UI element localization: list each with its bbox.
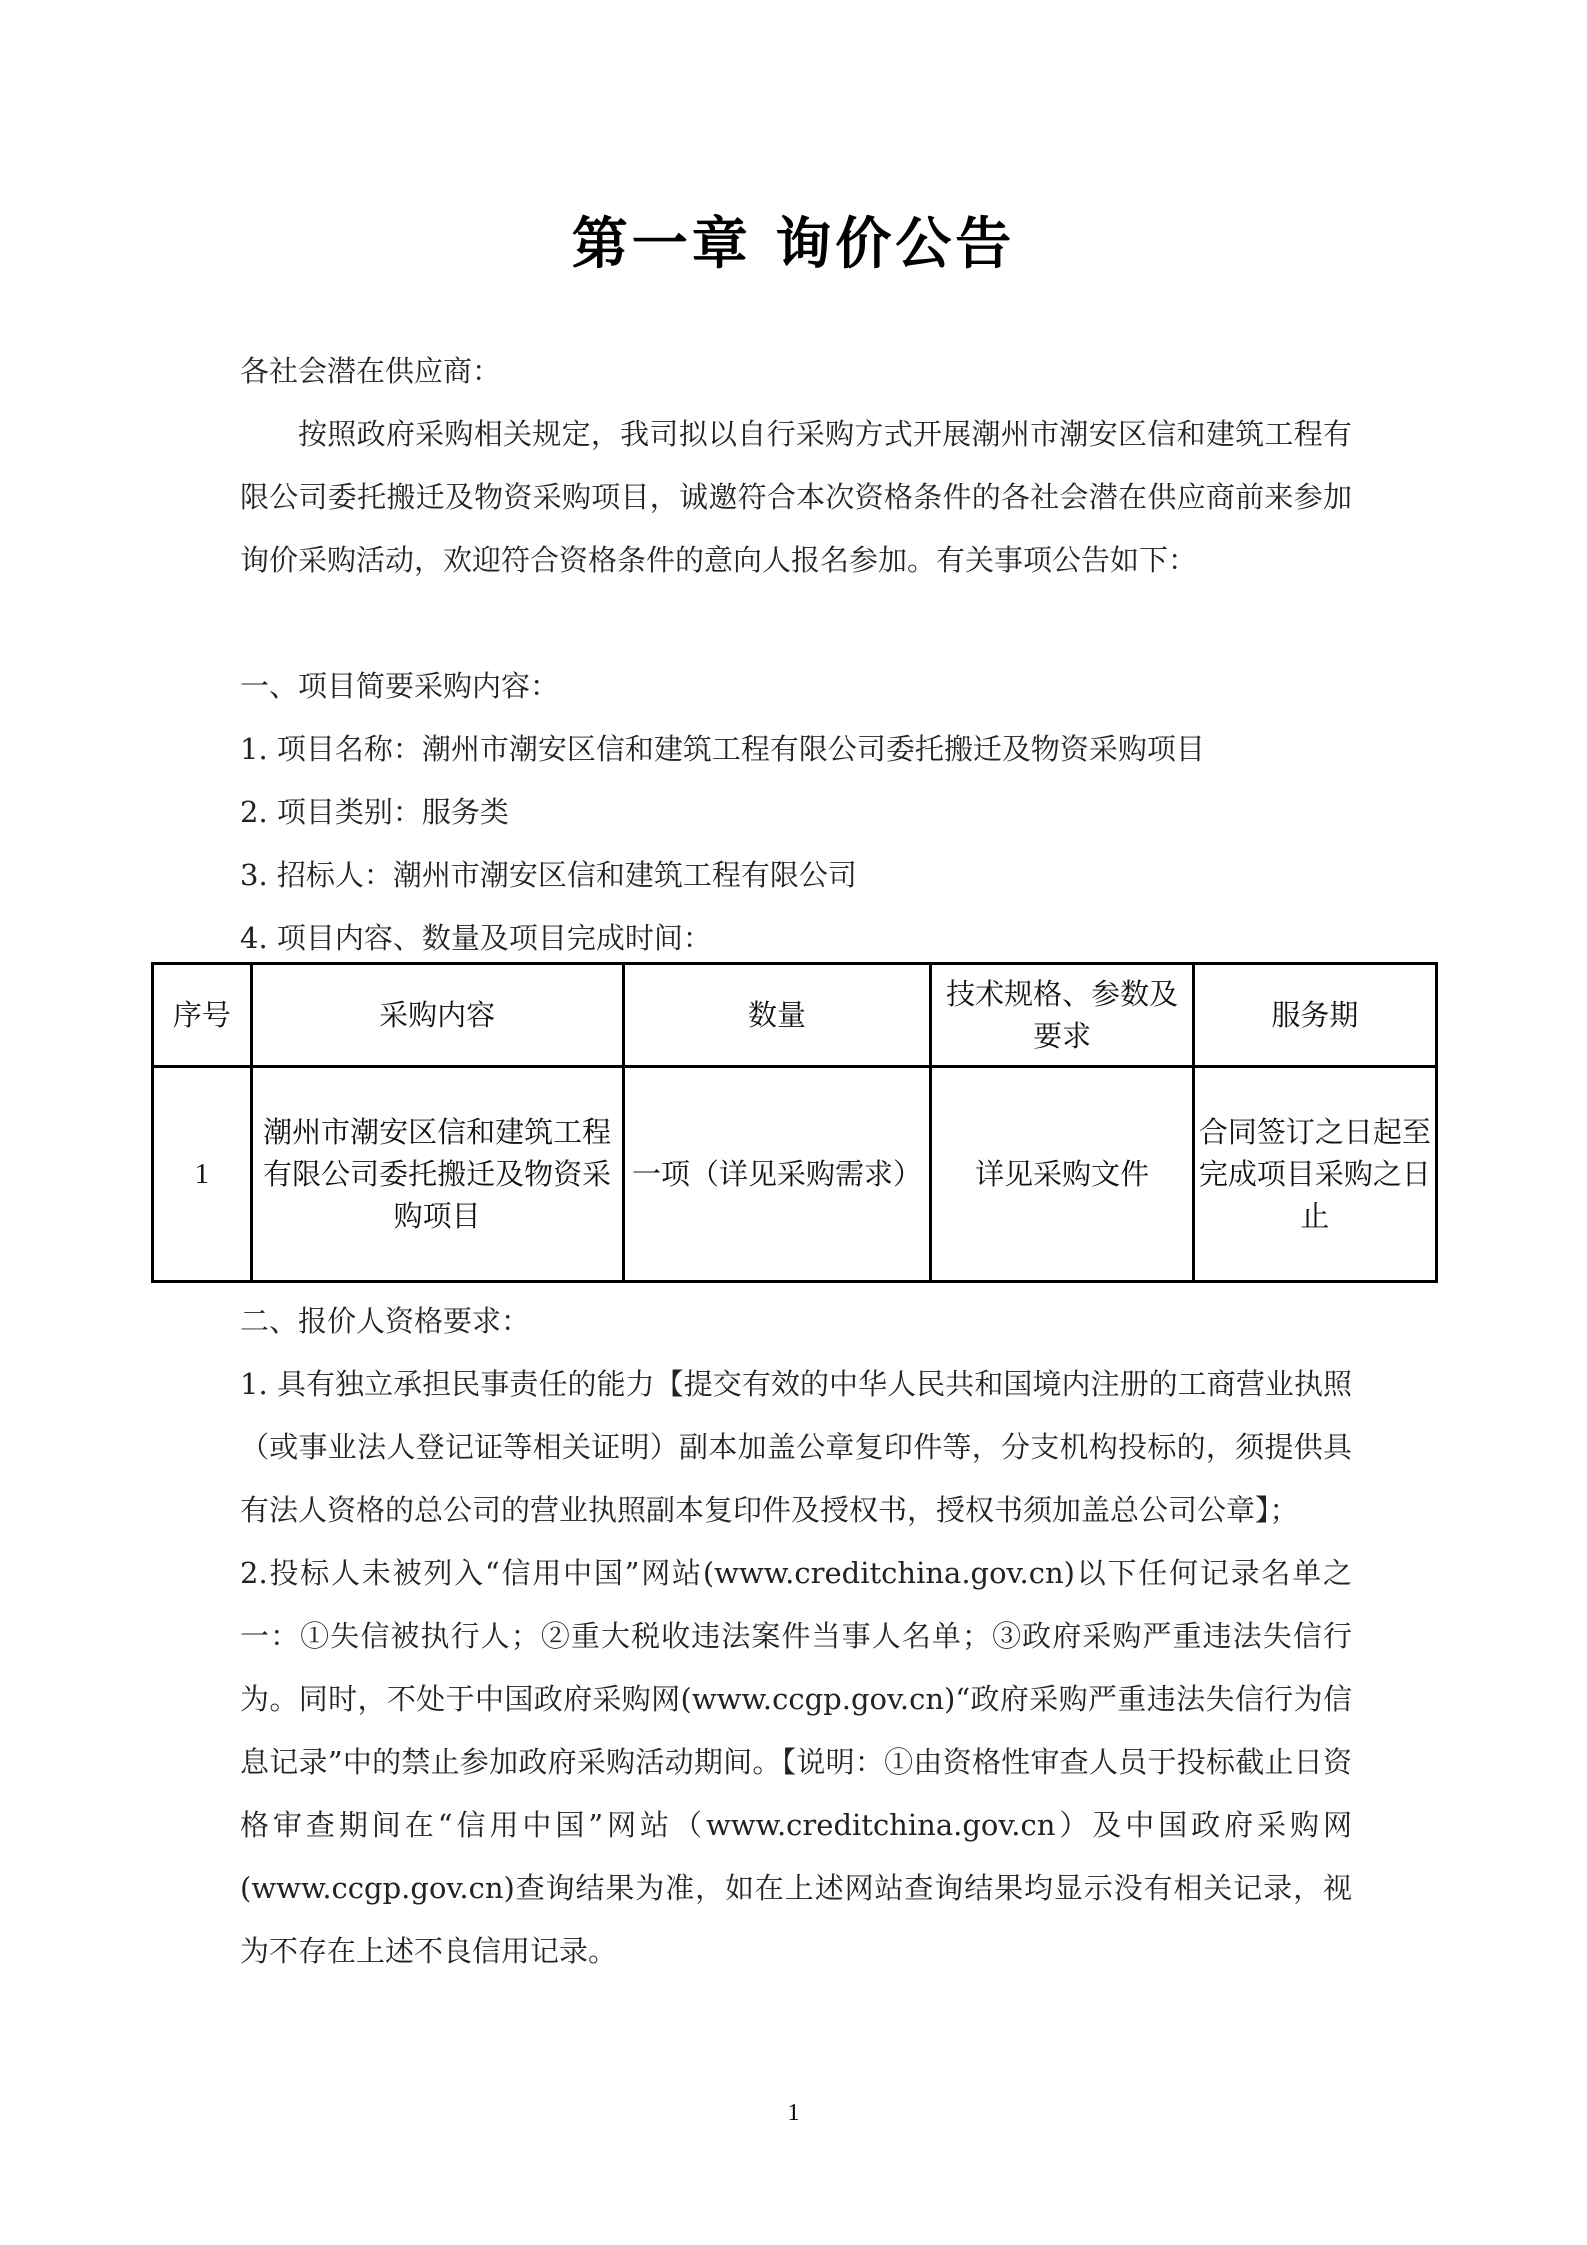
section-heading: 二、报价人资格要求： xyxy=(240,1290,1352,1353)
section-qualifications: 二、报价人资格要求： 1. 具有独立承担民事责任的能力【提交有效的中华人民共和国… xyxy=(240,1290,1352,1983)
procurement-table: 序号 采购内容 数量 技术规格、参数及要求 服务期 1 潮州市潮安区信和建筑工程… xyxy=(151,962,1438,1283)
cell-content: 潮州市潮安区信和建筑工程有限公司委托搬迁及物资采购项目 xyxy=(251,1067,623,1282)
cell-quantity: 一项（详见采购需求） xyxy=(623,1067,931,1282)
list-item: 1. 具有独立承担民事责任的能力【提交有效的中华人民共和国境内注册的工商营业执照… xyxy=(240,1353,1352,1542)
salutation: 各社会潜在供应商： xyxy=(240,340,1352,403)
header-index: 序号 xyxy=(153,964,252,1067)
intro-block: 各社会潜在供应商： 按照政府采购相关规定，我司拟以自行采购方式开展潮州市潮安区信… xyxy=(240,340,1352,592)
intro-paragraph: 按照政府采购相关规定，我司拟以自行采购方式开展潮州市潮安区信和建筑工程有限公司委… xyxy=(240,403,1352,592)
table-row: 1 潮州市潮安区信和建筑工程有限公司委托搬迁及物资采购项目 一项（详见采购需求）… xyxy=(153,1067,1437,1282)
header-quantity: 数量 xyxy=(623,964,931,1067)
page-number: 1 xyxy=(0,2100,1587,2127)
header-period: 服务期 xyxy=(1193,964,1436,1067)
list-item: 2. 项目类别：服务类 xyxy=(240,781,1352,844)
list-item: 1. 项目名称：潮州市潮安区信和建筑工程有限公司委托搬迁及物资采购项目 xyxy=(240,718,1352,781)
header-content: 采购内容 xyxy=(251,964,623,1067)
cell-period: 合同签订之日起至完成项目采购之日止 xyxy=(1193,1067,1436,1282)
list-item: 4. 项目内容、数量及项目完成时间： xyxy=(240,907,1352,970)
section-heading: 一、项目简要采购内容： xyxy=(240,655,1352,718)
header-spec: 技术规格、参数及要求 xyxy=(931,964,1193,1067)
cell-index: 1 xyxy=(153,1067,252,1282)
page-title: 第一章 询价公告 xyxy=(0,200,1587,280)
list-item: 3. 招标人：潮州市潮安区信和建筑工程有限公司 xyxy=(240,844,1352,907)
table-header-row: 序号 采购内容 数量 技术规格、参数及要求 服务期 xyxy=(153,964,1437,1067)
list-item: 2.投标人未被列入“信用中国”网站(www.creditchina.gov.cn… xyxy=(240,1542,1352,1983)
section-project-summary: 一、项目简要采购内容： 1. 项目名称：潮州市潮安区信和建筑工程有限公司委托搬迁… xyxy=(240,655,1352,970)
cell-spec: 详见采购文件 xyxy=(931,1067,1193,1282)
